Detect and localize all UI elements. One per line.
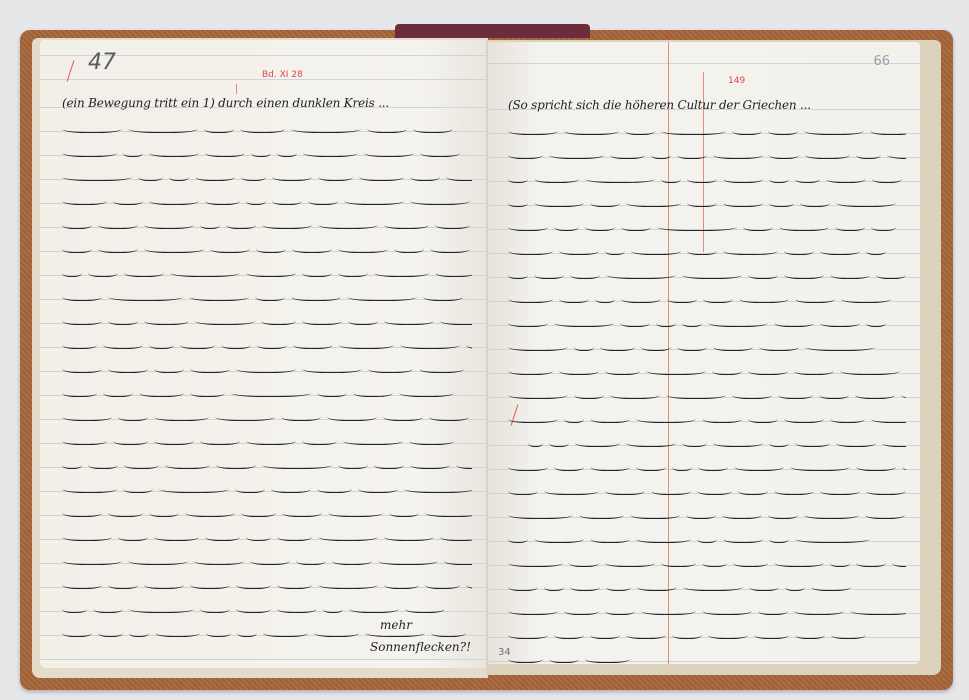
red-annotation: Bd. XI 28 bbox=[262, 70, 303, 80]
handwritten-line bbox=[508, 502, 906, 526]
handwritten-line bbox=[508, 526, 906, 550]
handwritten-line bbox=[508, 286, 906, 310]
handwritten-text: (ein Bewegung tritt ein 1) durch einen d… bbox=[62, 92, 472, 644]
handwritten-line bbox=[508, 382, 906, 406]
handwritten-line bbox=[62, 596, 472, 620]
page-number: 66 bbox=[873, 54, 890, 69]
handwritten-line bbox=[508, 478, 906, 502]
handwritten-text: (So spricht sich die höheren Cultur der … bbox=[508, 94, 906, 664]
handwritten-line bbox=[62, 548, 472, 572]
handwritten-line bbox=[508, 142, 906, 166]
handwritten-line bbox=[62, 404, 472, 428]
handwritten-line bbox=[62, 452, 472, 476]
handwritten-line bbox=[62, 284, 472, 308]
handwritten-line bbox=[508, 118, 906, 142]
handwritten-line bbox=[508, 550, 906, 574]
handwritten-line bbox=[508, 334, 906, 358]
page-number: 47 bbox=[88, 50, 116, 75]
red-annotation: 149 bbox=[728, 76, 745, 86]
handwritten-line bbox=[508, 214, 906, 238]
footer-page-number: 34 bbox=[498, 647, 511, 658]
handwritten-line bbox=[62, 500, 472, 524]
handwritten-line bbox=[62, 428, 472, 452]
handwritten-line bbox=[508, 646, 906, 664]
handwritten-line bbox=[62, 308, 472, 332]
handwritten-line bbox=[508, 622, 906, 646]
handwritten-line bbox=[62, 164, 472, 188]
handwritten-line bbox=[62, 116, 472, 140]
handwritten-line bbox=[508, 454, 906, 478]
handwritten-line bbox=[62, 188, 472, 212]
handwritten-line bbox=[508, 238, 906, 262]
handwritten-line bbox=[62, 260, 472, 284]
handwritten-line bbox=[508, 574, 906, 598]
handwritten-line bbox=[508, 358, 906, 382]
handwritten-line bbox=[62, 140, 472, 164]
handwritten-line bbox=[508, 406, 906, 430]
handwritten-line bbox=[508, 262, 906, 286]
handwritten-line bbox=[508, 166, 906, 190]
handwritten-line bbox=[62, 332, 472, 356]
handwritten-line bbox=[508, 598, 906, 622]
handwritten-line: (ein Bewegung tritt ein 1) durch einen d… bbox=[62, 92, 472, 116]
handwritten-line bbox=[62, 380, 472, 404]
closing-line: mehr bbox=[380, 618, 412, 632]
left-page: 47 Bd. XI 28 (ein Bewegung tritt ein 1) … bbox=[40, 40, 486, 668]
handwritten-line bbox=[62, 572, 472, 596]
right-page: 66 149 (So spricht sich die höheren Cult… bbox=[488, 42, 920, 664]
handwritten-line bbox=[508, 310, 906, 334]
handwritten-line bbox=[62, 476, 472, 500]
handwritten-line bbox=[62, 356, 472, 380]
handwritten-line bbox=[62, 524, 472, 548]
closing-line: Sonnenflecken?! bbox=[370, 640, 471, 654]
handwritten-line: (So spricht sich die höheren Cultur der … bbox=[508, 94, 906, 118]
handwritten-line bbox=[62, 236, 472, 260]
handwritten-line bbox=[62, 212, 472, 236]
notebook-spine bbox=[395, 24, 590, 38]
handwritten-line bbox=[508, 190, 906, 214]
handwritten-line bbox=[508, 430, 906, 454]
